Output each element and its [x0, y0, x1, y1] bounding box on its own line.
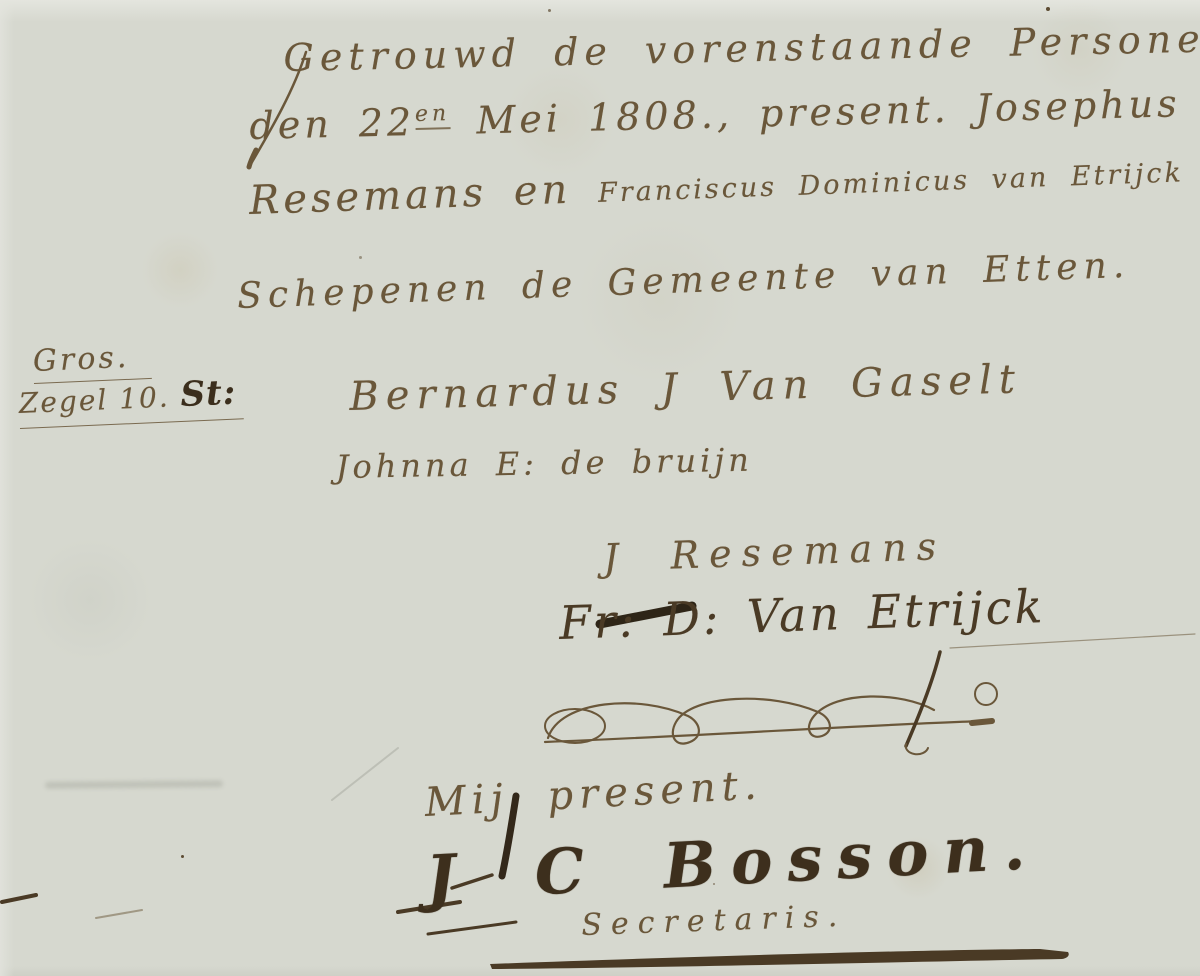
closing-present-line: Mij present.	[424, 762, 764, 826]
ink-speck	[713, 883, 715, 885]
signature-groom: Bernardus J Van Gaselt	[349, 356, 1023, 420]
g-descender-tip	[249, 150, 256, 167]
body-line-2-superscript: en	[415, 101, 451, 130]
k-tail-stroke	[906, 652, 940, 746]
body-line-3-rest: Franciscus Dominicus van Etrijck	[598, 157, 1185, 208]
body-line-3-main: Resemans en	[248, 167, 572, 224]
signature-bride: Johnna E: de bruijn	[335, 441, 753, 486]
margin-note-zegel: Zegel 10. St:	[18, 372, 243, 429]
signature-witness-2: Fr: D: Van Etrijck	[558, 579, 1046, 650]
ink-speck	[181, 855, 184, 858]
flourish-line-tip	[972, 721, 992, 723]
ink-smudge	[45, 780, 223, 789]
faint-scratch	[332, 748, 398, 800]
document-page: Getrouwd de vorenstaande Personen den 22…	[0, 0, 1200, 976]
ink-speck	[548, 9, 551, 12]
ink-speck	[1046, 7, 1050, 11]
ink-speck	[359, 256, 362, 259]
flourish-arcs	[548, 696, 934, 743]
pen-dash-edge	[2, 895, 36, 902]
signature-witness-1: J Resemans	[602, 524, 946, 580]
margin-note-zegel-text: Zegel 10.	[18, 380, 170, 420]
flourish-long-line	[545, 721, 985, 742]
pen-dash-2	[428, 922, 516, 934]
body-line-2-prefix: den 22	[249, 100, 416, 148]
flourish-loop-left	[545, 709, 605, 743]
pen-dash-faint	[96, 910, 142, 918]
secretaris-underline	[490, 949, 1069, 969]
signature-secretary: J C Bosson.	[424, 810, 1041, 915]
body-line-2: den 22en Mei 1808., present. Josephus	[249, 81, 1181, 148]
body-line-2-suffix: Mei 1808., present. Josephus	[450, 81, 1181, 143]
body-line-4: Schepenen de Gemeente van Etten.	[237, 245, 1131, 317]
body-line-1: Getrouwd de vorenstaande Personen	[283, 16, 1200, 80]
secretary-title: Secretaris.	[581, 899, 847, 943]
flourish-small-circle	[975, 683, 997, 705]
k-tail-loop	[906, 744, 928, 754]
margin-note-stuiver-mark: St:	[180, 373, 238, 415]
hairline-stroke	[950, 634, 1195, 648]
body-line-3: Resemans en Franciscus Dominicus van Etr…	[248, 145, 1184, 224]
